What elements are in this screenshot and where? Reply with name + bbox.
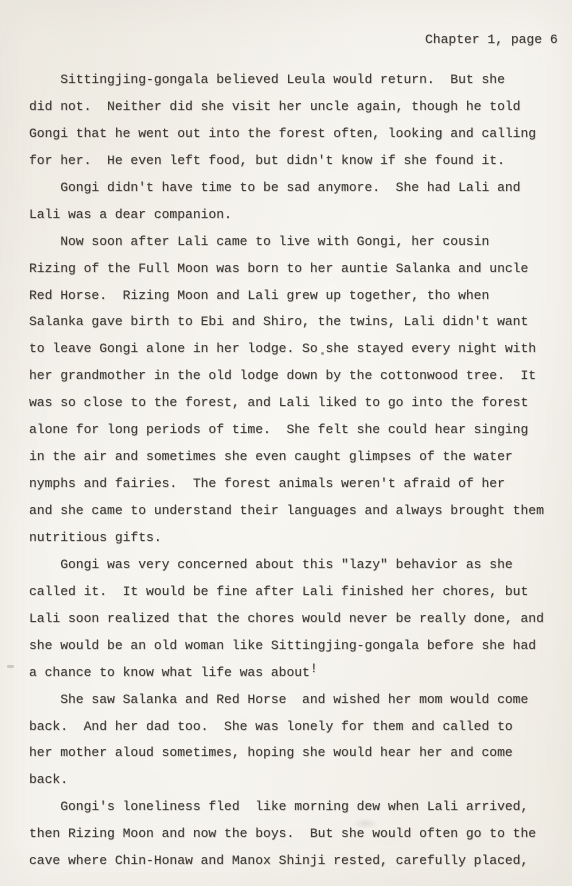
paragraph: Now soon after Lali came to live with Go… bbox=[29, 229, 544, 552]
typed-line: Rizing of the Full Moon was born to her … bbox=[29, 256, 544, 283]
typed-line: alone for long periods of time. She felt… bbox=[29, 417, 544, 444]
paragraph: Gongi didn't have time to be sad anymore… bbox=[29, 175, 544, 229]
scan-speck bbox=[7, 665, 14, 668]
typed-line: for her. He even left food, but didn't k… bbox=[29, 148, 544, 175]
paragraph: Gongi was very concerned about this "laz… bbox=[29, 552, 544, 687]
typed-line: Red Horse. Rizing Moon and Lali grew up … bbox=[29, 283, 544, 310]
typed-line: Gongi didn't have time to be sad anymore… bbox=[29, 175, 544, 202]
typed-line: Lali soon realized that the chores would… bbox=[29, 606, 544, 633]
typed-line: her mother aloud sometimes, hoping she w… bbox=[29, 740, 544, 767]
typed-line: called it. It would be fine after Lali f… bbox=[29, 579, 544, 606]
scan-speck bbox=[352, 818, 378, 829]
typed-line: nutritious gifts. bbox=[29, 525, 544, 552]
typed-line: Lali was a dear companion. bbox=[29, 202, 544, 229]
typed-line: and she came to understand their languag… bbox=[29, 498, 544, 525]
typed-line: back. bbox=[29, 767, 544, 794]
typed-lines: Sittingjing-gongala believed Leula would… bbox=[29, 67, 544, 875]
raised-exclamation: ! bbox=[310, 656, 318, 683]
typed-line: back. And her dad too. She was lonely fo… bbox=[29, 714, 544, 741]
typed-line: Salanka gave birth to Ebi and Shiro, the… bbox=[29, 309, 544, 336]
typed-line: Gongi was very concerned about this "laz… bbox=[29, 552, 544, 579]
typed-line: she would be an old woman like Sittingji… bbox=[29, 633, 544, 660]
typed-line: her grandmother in the old lodge down by… bbox=[29, 363, 544, 390]
typed-line: She saw Salanka and Red Horse and wished… bbox=[29, 687, 544, 714]
typed-line: Gongi that he went out into the forest o… bbox=[29, 121, 544, 148]
typed-line: Now soon after Lali came to live with Go… bbox=[29, 229, 544, 256]
scan-speck bbox=[321, 352, 324, 355]
typed-line: Gongi's loneliness fled like morning dew… bbox=[29, 794, 544, 821]
paragraph: She saw Salanka and Red Horse and wished… bbox=[29, 687, 544, 795]
typed-line: Sittingjing-gongala believed Leula would… bbox=[29, 67, 544, 94]
page-header: Chapter 1, page 6 bbox=[425, 31, 558, 49]
paragraph: Sittingjing-gongala believed Leula would… bbox=[29, 67, 544, 175]
typewritten-page: Chapter 1, page 6 Sittingjing-gongala be… bbox=[0, 0, 572, 886]
paragraph: Gongi's loneliness fled like morning dew… bbox=[29, 794, 544, 875]
typed-line: then Rizing Moon and now the boys. But s… bbox=[29, 821, 544, 848]
typed-line: was so close to the forest, and Lali lik… bbox=[29, 390, 544, 417]
typed-line: did not. Neither did she visit her uncle… bbox=[29, 94, 544, 121]
typed-line: a chance to know what life was about! bbox=[29, 660, 544, 687]
typed-line: cave where Chin-Honaw and Manox Shinji r… bbox=[29, 848, 544, 875]
typed-line: to leave Gongi alone in her lodge. So sh… bbox=[29, 336, 544, 363]
typed-line: in the air and sometimes she even caught… bbox=[29, 444, 544, 471]
typed-line: nymphs and fairies. The forest animals w… bbox=[29, 471, 544, 498]
